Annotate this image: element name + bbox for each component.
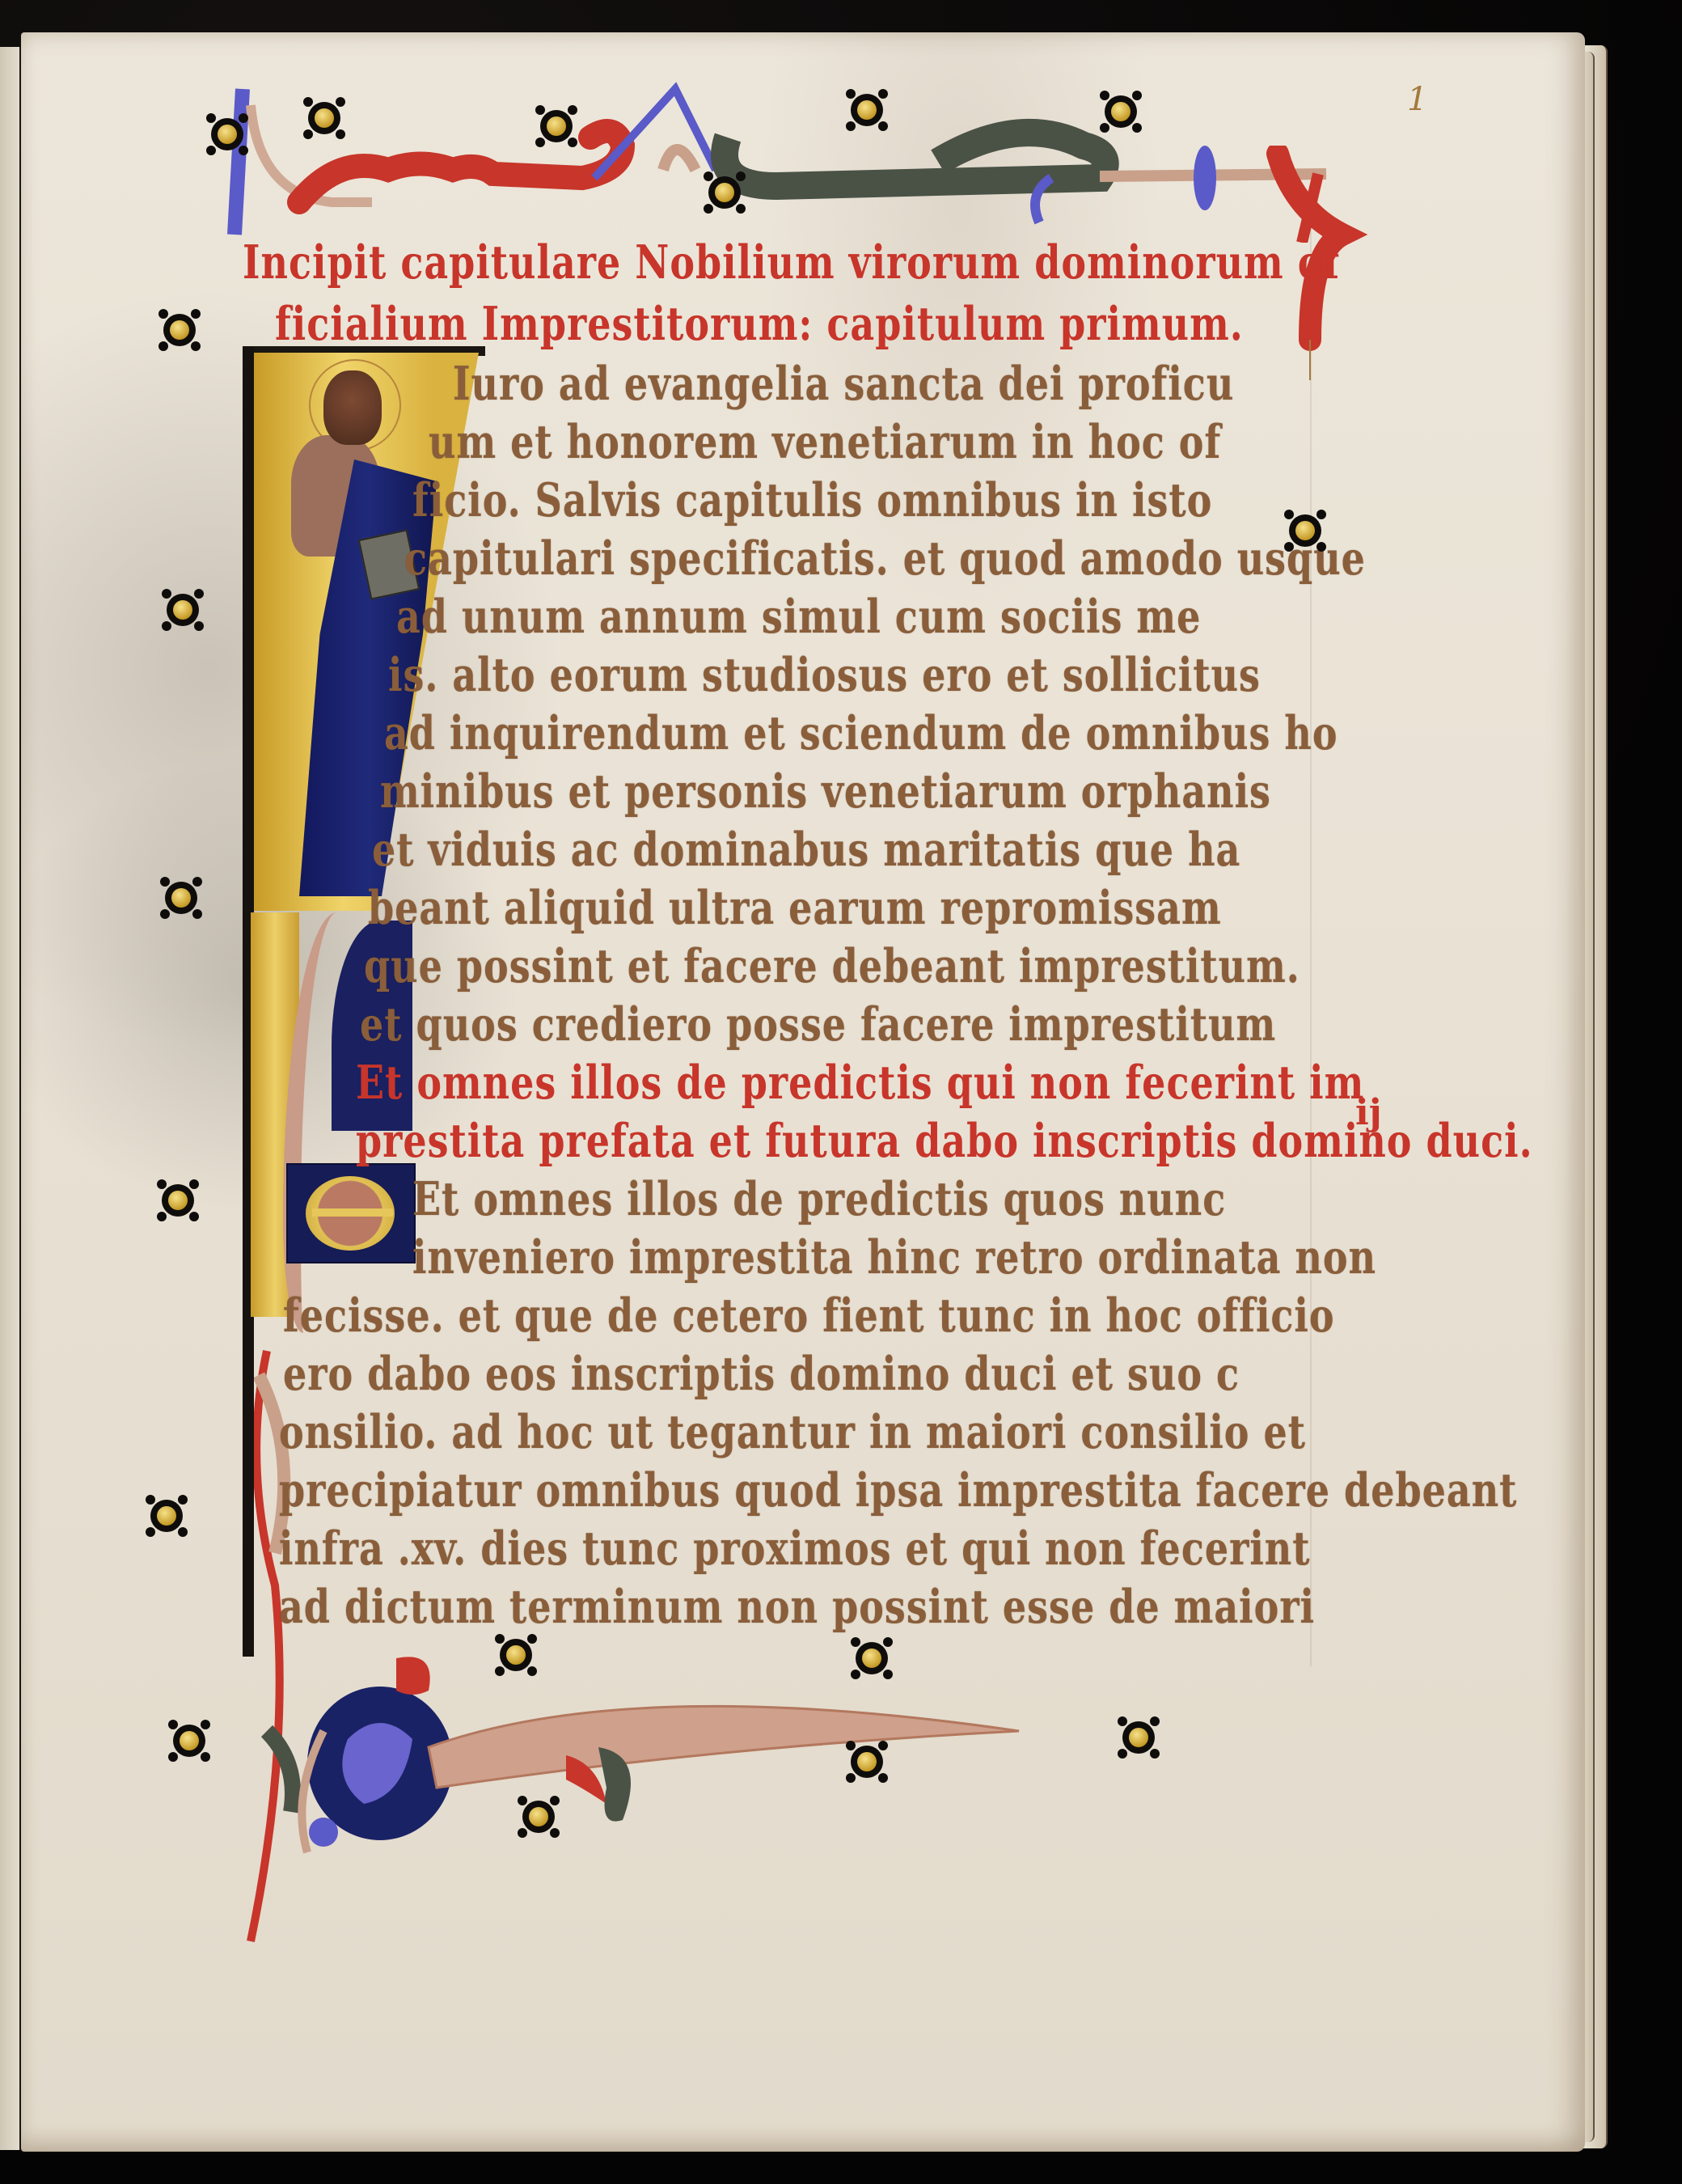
- text-line: ero dabo eos inscriptis domino duci et s…: [283, 1346, 1240, 1401]
- gold-stud-icon: [206, 113, 248, 155]
- text-line: inveniero imprestita hinc retro ordinata…: [412, 1230, 1376, 1285]
- text-line: minibus et personis venetiarum orphanis: [380, 764, 1271, 819]
- gold-stud-icon: [158, 309, 201, 351]
- gold-stud-icon: [162, 589, 204, 631]
- gold-stud-icon: [704, 171, 746, 214]
- gold-stud-icon: [495, 1634, 537, 1676]
- gold-stud-icon: [518, 1796, 560, 1838]
- text-line: ad unum annum simul cum sociis me: [396, 589, 1201, 644]
- text-line: ficio. Salvis capitulis omnibus in isto: [412, 472, 1212, 527]
- saint-figure-head: [323, 370, 382, 445]
- gold-stud-icon: [1100, 91, 1142, 133]
- margin-annotation: ij: [1355, 1092, 1382, 1133]
- gold-stud-icon: [160, 877, 202, 919]
- previous-leaf-edge: [0, 47, 21, 2150]
- text-line: Et omnes illos de predictis quos nunc: [412, 1171, 1226, 1226]
- gold-stud-icon: [846, 1741, 888, 1783]
- minor-initial-e: [286, 1163, 416, 1263]
- text-line: precipiatur omnibus quod ipsa imprestita…: [279, 1462, 1517, 1517]
- gold-stud-icon: [303, 97, 345, 139]
- text-line: que possint et facere debeant imprestitu…: [364, 938, 1300, 993]
- gold-stud-icon: [168, 1720, 210, 1762]
- folio-number: 1: [1407, 81, 1427, 118]
- rubric-line: Et omnes illos de predictis qui non fece…: [356, 1055, 1364, 1110]
- text-line: infra .xv. dies tunc proximos et qui non…: [279, 1521, 1311, 1576]
- text-line: et quos crediero posse facere imprestitu…: [360, 997, 1276, 1052]
- gold-stud-icon: [535, 105, 577, 147]
- gold-stud-icon: [1284, 510, 1326, 552]
- gold-stud-icon: [846, 89, 888, 131]
- text-line: is. alto eorum studiosus ero et sollicit…: [388, 647, 1261, 702]
- text-line: beant aliquid ultra earum repromissam: [368, 880, 1222, 935]
- gold-stud-icon: [146, 1495, 188, 1537]
- text-line: Iuro ad evangelia sancta dei proficu: [453, 356, 1234, 411]
- gold-stud-icon: [157, 1179, 199, 1221]
- ruling-line: [1310, 210, 1312, 1666]
- gold-stud-icon: [851, 1637, 893, 1679]
- letter-e-bar: [312, 1208, 393, 1217]
- heading-line: ficialium Imprestitorum: capitulum primu…: [275, 296, 1244, 351]
- text-line: et viduis ac dominabus maritatis que ha: [372, 822, 1240, 877]
- text-line: um et honorem venetiarum in hoc of: [429, 414, 1221, 469]
- gold-stud-icon: [1118, 1716, 1160, 1759]
- text-line: capitulari specificatis. et quod amodo u…: [404, 531, 1366, 586]
- text-line: ad dictum terminum non possint esse de m…: [279, 1579, 1315, 1634]
- text-line: fecisse. et que de cetero fient tunc in …: [283, 1288, 1335, 1343]
- text-line: ad inquirendum et sciendum de omnibus ho: [384, 705, 1338, 760]
- text-line: onsilio. ad hoc ut tegantur in maiori co…: [279, 1404, 1306, 1459]
- heading-line: Incipit capitulare Nobilium virorum domi…: [243, 235, 1340, 290]
